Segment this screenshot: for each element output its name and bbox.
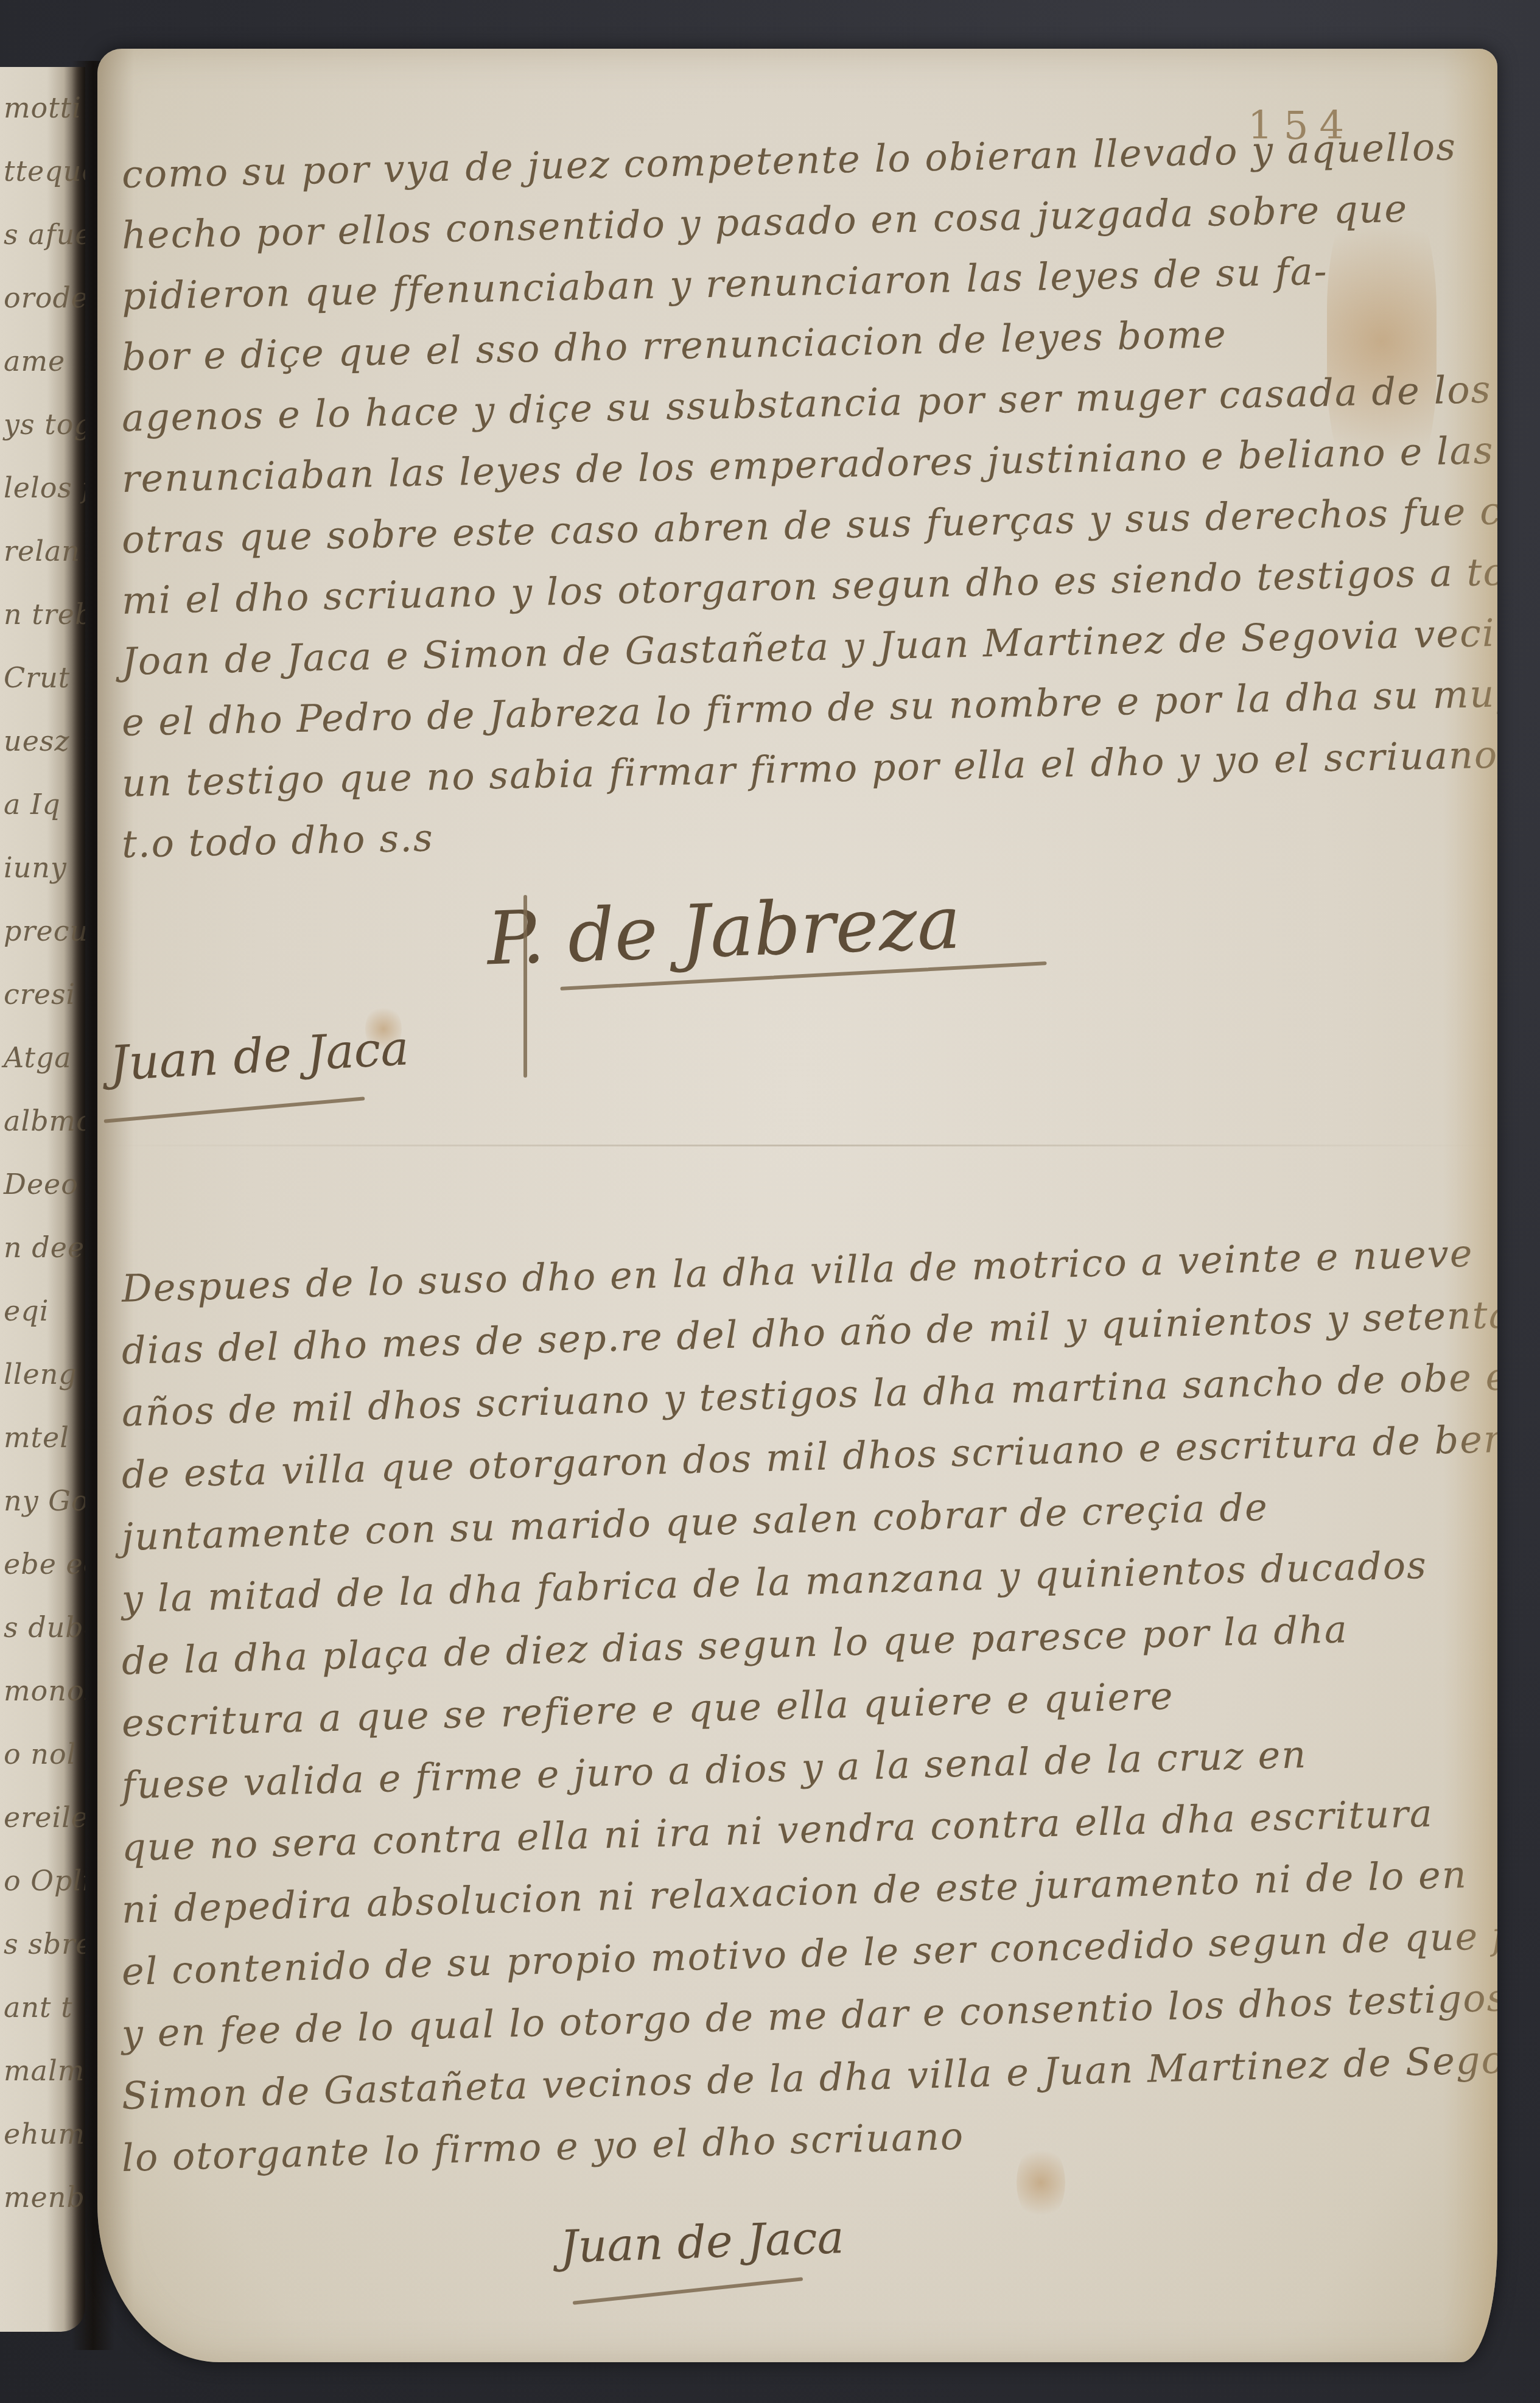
manuscript-line: bor e diçe que el sso dho rrenunciacion … (121, 312, 1227, 379)
manuscript-line: como su por vya de juez competente lo ob… (121, 124, 1457, 197)
left-page-line: a Iq (4, 788, 61, 821)
left-page-line: cresi (4, 978, 75, 1011)
left-page-line: mtel (4, 1421, 69, 1454)
left-page-line: Atga (4, 1041, 72, 1074)
left-page-line: o nol (4, 1738, 76, 1770)
left-page-line: iuny (4, 851, 67, 884)
left-page-line: Crut (4, 661, 70, 694)
manuscript-line: renunciaban las leyes de los emperadores… (121, 428, 1494, 501)
left-page-line: motti (4, 91, 82, 124)
manuscript-line: pidieron que ffenunciaban y renunciaron … (121, 249, 1328, 318)
left-page-line: lleng (4, 1358, 77, 1391)
left-page-line: relan (4, 535, 80, 567)
left-page-line: eqi (4, 1294, 49, 1327)
signature-flourish (523, 895, 527, 1078)
manuscript-line: un testigo que no sabia firmar firmo por… (121, 732, 1497, 805)
manuscript-line: e el dho Pedro de Jabreza lo firmo de su… (121, 670, 1497, 745)
manuscript-line: de la dha plaça de diez dias segun lo qu… (121, 1607, 1349, 1683)
foxing-spot (1017, 2143, 1065, 2222)
left-page-line: uesz (4, 724, 70, 757)
manuscript-line: lo otorgante lo firmo e yo el dho scriua… (121, 2114, 965, 2180)
signature-notary-top: Juan de Jaca (108, 1021, 410, 1092)
manuscript-line: juntamente con su marido que salen cobra… (121, 1485, 1269, 1559)
signature-flourish (104, 1096, 365, 1123)
page-fold (97, 1145, 1497, 1146)
signature-flourish (573, 2277, 803, 2305)
left-page-line: Deeo (4, 1168, 79, 1201)
signature-jabreza: P. de Jabreza (486, 880, 962, 981)
manuscript-page: 154 como su por vya de juez competente l… (97, 49, 1497, 2362)
manuscript-line: escritura a que se refiere e que ella qu… (121, 1674, 1174, 1745)
manuscript-line: hecho por ellos consentido y pasado en c… (121, 186, 1409, 258)
left-page-line: ame (4, 345, 65, 377)
manuscript-line: fuese valida e firme e juro a dios y a l… (121, 1732, 1307, 1808)
left-page-line: ant t (4, 1991, 73, 2024)
signature-notary-bottom: Juan de Jaca (559, 2211, 845, 2273)
manuscript-line: t.o todo dho s.s (121, 815, 434, 866)
